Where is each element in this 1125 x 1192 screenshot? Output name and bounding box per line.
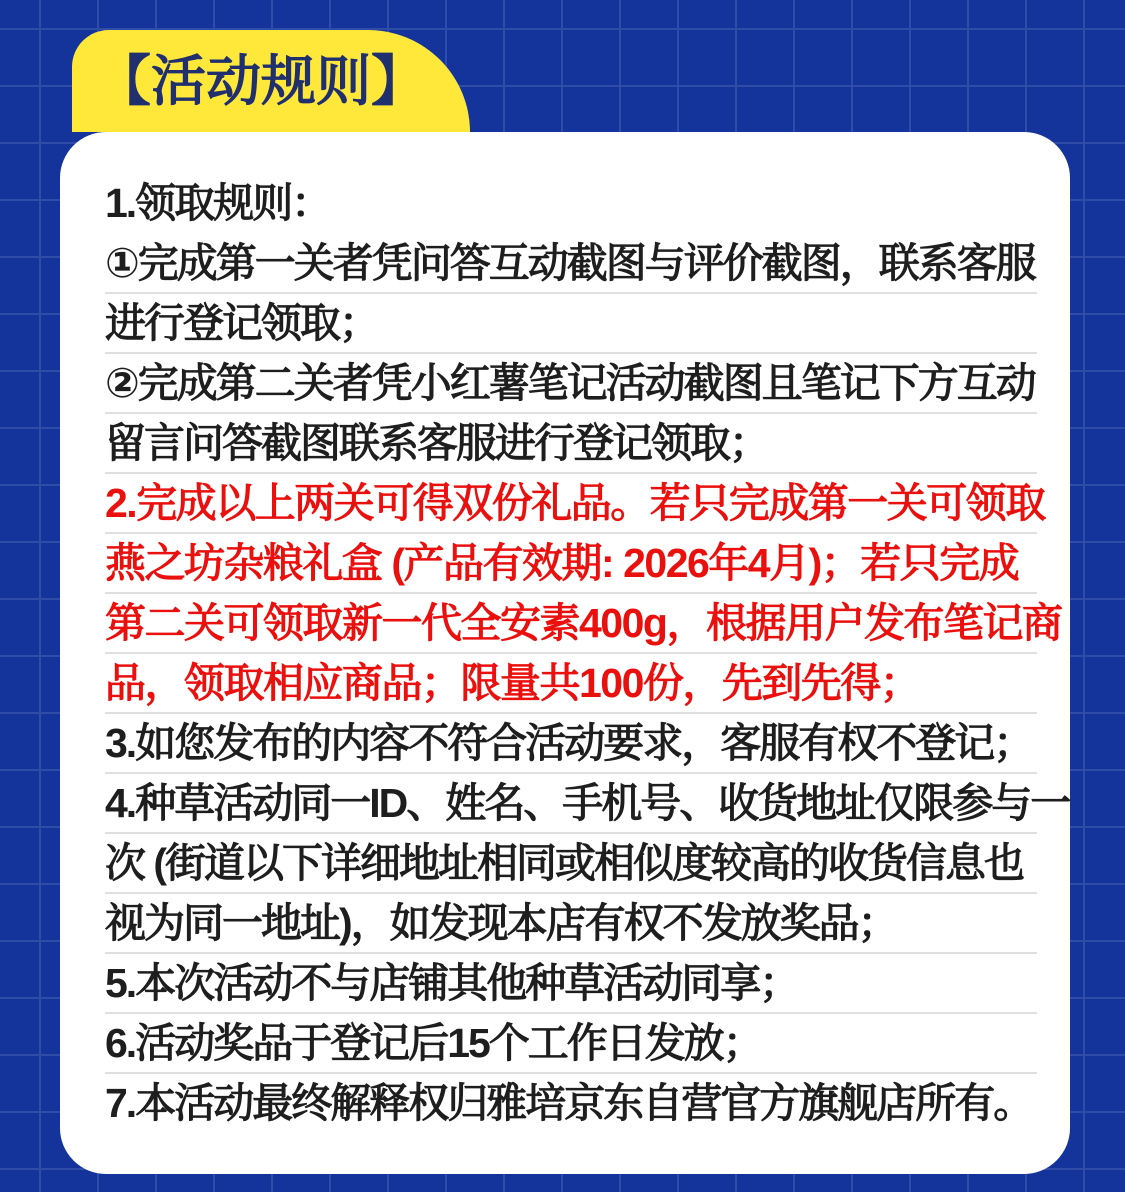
rule-line: 品，领取相应商品；限量共100份，先到先得； bbox=[105, 654, 1037, 714]
rule-line: 视为同一地址)，如发现本店有权不发放奖品； bbox=[105, 894, 1037, 954]
rule-line: 2.完成以上两关可得双份礼品。若只完成第一关可领取 bbox=[105, 474, 1037, 534]
page-title: 【活动规则】 bbox=[96, 54, 426, 109]
rule-line: 进行登记领取； bbox=[105, 294, 1037, 354]
rule-line: ①完成第一关者凭问答互动截图与评价截图，联系客服 bbox=[105, 234, 1037, 294]
rule-line: 留言问答截图联系客服进行登记领取； bbox=[105, 414, 1037, 474]
rules-list: 1.领取规则：①完成第一关者凭问答互动截图与评价截图，联系客服进行登记领取；②完… bbox=[105, 174, 1037, 1134]
rules-header-badge: 【活动规则】 bbox=[72, 30, 470, 132]
rule-line: 1.领取规则： bbox=[105, 174, 1037, 234]
rule-line: 5.本次活动不与店铺其他种草活动同享； bbox=[105, 954, 1037, 1014]
rule-line: 4.种草活动同一ID、姓名、手机号、收货地址仅限参与一 bbox=[105, 774, 1037, 834]
rule-line: 7.本活动最终解释权归雅培京东自营官方旗舰店所有。 bbox=[105, 1074, 1037, 1134]
rule-line: ②完成第二关者凭小红薯笔记活动截图且笔记下方互动 bbox=[105, 354, 1037, 414]
rule-line: 3.如您发布的内容不符合活动要求，客服有权不登记； bbox=[105, 714, 1037, 774]
rule-line: 燕之坊杂粮礼盒 (产品有效期: 2026年4月)；若只完成 bbox=[105, 534, 1037, 594]
rule-line: 6.活动奖品于登记后15个工作日发放； bbox=[105, 1014, 1037, 1074]
rules-card: 1.领取规则：①完成第一关者凭问答互动截图与评价截图，联系客服进行登记领取；②完… bbox=[60, 132, 1070, 1174]
page-background: 【活动规则】 1.领取规则：①完成第一关者凭问答互动截图与评价截图，联系客服进行… bbox=[0, 0, 1125, 1192]
rule-line: 第二关可领取新一代全安素400g，根据用户发布笔记商 bbox=[105, 594, 1037, 654]
rule-line: 次 (街道以下详细地址相同或相似度较高的收货信息也 bbox=[105, 834, 1037, 894]
